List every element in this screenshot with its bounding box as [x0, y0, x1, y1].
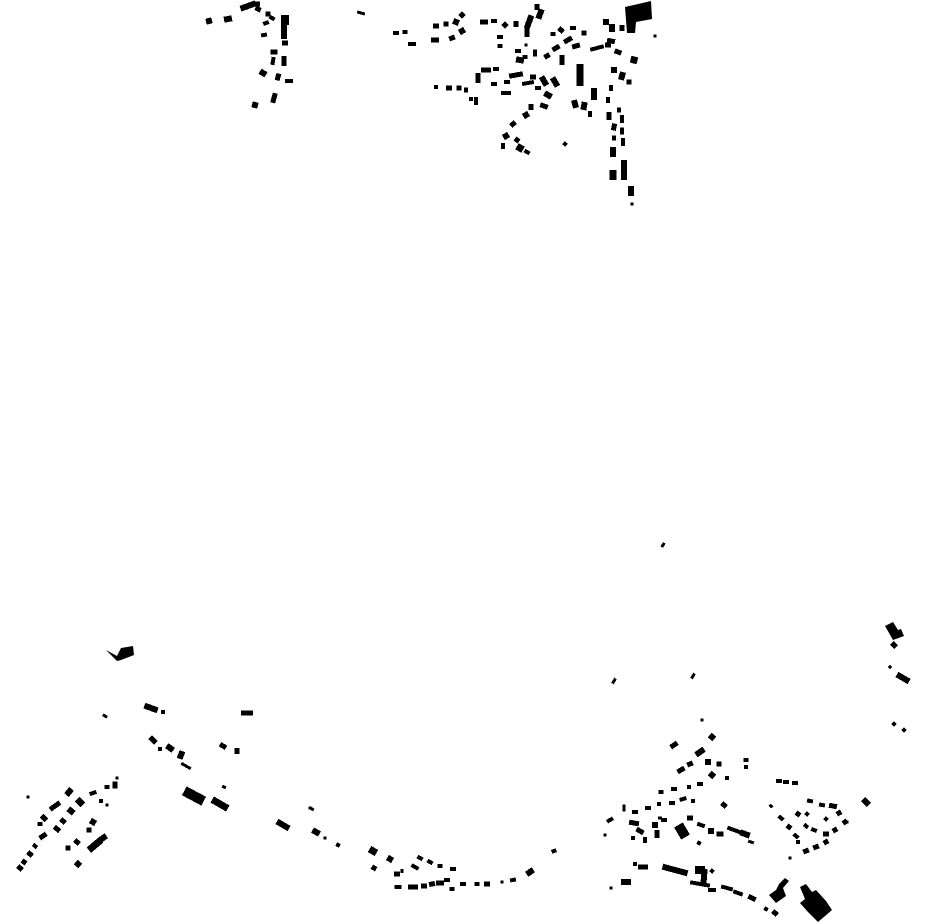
building-footprint: [570, 26, 576, 30]
building-footprint: [501, 91, 511, 95]
building-footprint: [708, 828, 714, 834]
building-footprint: [403, 30, 408, 34]
building-footprint: [823, 832, 829, 837]
building-footprint: [282, 41, 288, 46]
building-footprint: [621, 879, 631, 885]
building-footprint: [610, 170, 617, 180]
building-footprint: [324, 837, 327, 840]
building-footprint: [491, 19, 497, 23]
building-footprint: [438, 864, 443, 868]
building-footprint: [116, 777, 119, 780]
building-footprint: [717, 832, 724, 837]
building-footprint: [158, 747, 162, 751]
map-background: [0, 0, 930, 924]
building-footprint: [617, 108, 621, 113]
building-footprint: [408, 42, 416, 46]
building-footprint: [607, 112, 612, 120]
building-footprint: [241, 711, 253, 716]
building-footprint: [535, 86, 541, 90]
building-footprint: [408, 885, 418, 890]
building-footprint: [621, 138, 625, 146]
building-footprint: [609, 85, 613, 91]
building-footprint: [401, 869, 404, 873]
building-footprint: [796, 840, 800, 844]
building-footprint: [434, 85, 438, 89]
building-footprint: [464, 88, 468, 93]
building-footprint: [27, 796, 30, 799]
building-footprint: [652, 822, 658, 828]
building-footprint: [621, 160, 627, 180]
building-footprint: [609, 24, 615, 32]
building-footprint: [655, 830, 660, 838]
building-footprint: [643, 837, 647, 843]
building-footprint: [281, 25, 287, 39]
building-footprint: [697, 782, 703, 786]
building-footprint: [530, 75, 536, 80]
building-footprint: [501, 881, 504, 884]
building-footprint: [846, 821, 849, 824]
building-footprint: [708, 888, 716, 892]
building-footprint: [783, 780, 789, 784]
building-footprint: [604, 834, 607, 837]
building-footprint: [631, 836, 635, 840]
building-footprint: [525, 27, 530, 37]
building-footprint: [627, 80, 632, 85]
building-footprint: [533, 50, 537, 57]
figure-ground-map: [0, 0, 930, 924]
building-footprint: [717, 762, 722, 767]
building-footprint: [469, 97, 473, 101]
building-footprint: [701, 719, 704, 722]
building-footprint: [620, 25, 625, 31]
building-footprint: [633, 862, 637, 866]
building-footprint: [504, 80, 510, 84]
building-footprint: [620, 115, 624, 123]
building-footprint: [659, 790, 664, 794]
building-footprint: [491, 82, 497, 86]
building-footprint: [480, 20, 488, 25]
building-footprint: [560, 55, 565, 65]
building-footprint: [631, 203, 634, 206]
building-footprint: [393, 31, 399, 35]
building-footprint: [476, 73, 481, 83]
building-footprint: [235, 748, 240, 754]
building-footprint: [789, 857, 792, 860]
building-footprint: [792, 781, 798, 785]
building-footprint: [620, 128, 624, 135]
building-footprint: [671, 787, 677, 791]
building-footprint: [266, 12, 271, 17]
building-footprint: [106, 804, 109, 807]
building-footprint: [638, 865, 648, 870]
building-footprint: [591, 88, 597, 100]
building-footprint: [645, 806, 651, 810]
building-footprint: [282, 56, 287, 66]
building-footprint: [436, 881, 444, 886]
building-footprint: [654, 35, 657, 38]
building-footprint: [582, 31, 587, 36]
building-footprint: [551, 32, 556, 36]
building-footprint: [87, 828, 92, 833]
building-footprint: [588, 111, 592, 117]
building-footprint: [498, 44, 503, 48]
building-footprint: [744, 758, 749, 762]
building-footprint: [632, 810, 638, 814]
building-footprint: [628, 186, 634, 196]
building-footprint: [444, 878, 450, 882]
building-footprint: [497, 35, 503, 39]
building-footprint: [669, 801, 675, 805]
building-footprint: [446, 86, 452, 91]
building-footprint: [113, 782, 118, 789]
building-footprint: [525, 44, 528, 47]
building-footprint: [484, 882, 490, 887]
building-footprint: [66, 846, 71, 851]
building-footprint: [610, 887, 613, 890]
building-footprint: [429, 881, 436, 887]
building-footprint: [603, 19, 609, 25]
building-footprint: [431, 38, 439, 43]
building-footprint: [515, 49, 521, 53]
building-footprint: [481, 68, 491, 73]
building-footprint: [474, 97, 478, 105]
building-footprint: [535, 4, 540, 10]
building-footprint: [725, 776, 729, 780]
building-footprint: [285, 79, 293, 83]
building-footprint: [611, 67, 617, 73]
building-footprint: [687, 785, 691, 789]
building-footprint: [421, 884, 427, 889]
building-footprint: [395, 885, 402, 889]
building-footprint: [38, 822, 43, 826]
building-footprint: [493, 67, 499, 71]
building-footprint: [612, 136, 616, 141]
building-footprint: [691, 799, 695, 803]
building-footprint: [610, 147, 616, 157]
building-footprint: [514, 21, 519, 27]
building-footprint: [475, 882, 480, 886]
building-footprint: [776, 779, 782, 783]
building-footprint: [457, 86, 462, 91]
building-footprint: [450, 867, 456, 871]
building-footprint: [623, 805, 626, 812]
building-footprint: [501, 143, 505, 149]
building-footprint: [254, 2, 260, 7]
building-footprint: [161, 710, 165, 714]
building-footprint: [657, 802, 661, 806]
building-footprint: [394, 872, 400, 877]
building-footprint: [105, 785, 110, 789]
building-footprint: [444, 22, 449, 27]
building-footprint: [744, 765, 748, 769]
building-footprint: [705, 759, 711, 765]
building-footprint: [460, 882, 466, 886]
building-footprint: [309, 807, 312, 810]
building-footprint: [99, 799, 103, 803]
building-footprint: [271, 50, 278, 55]
building-footprint: [577, 64, 584, 86]
building-footprint: [281, 15, 289, 25]
building-footprint: [658, 817, 662, 820]
building-footprint: [529, 104, 534, 110]
building-footprint: [433, 24, 439, 29]
building-footprint: [606, 97, 610, 103]
building-footprint: [450, 887, 455, 891]
building-footprint: [687, 816, 693, 821]
